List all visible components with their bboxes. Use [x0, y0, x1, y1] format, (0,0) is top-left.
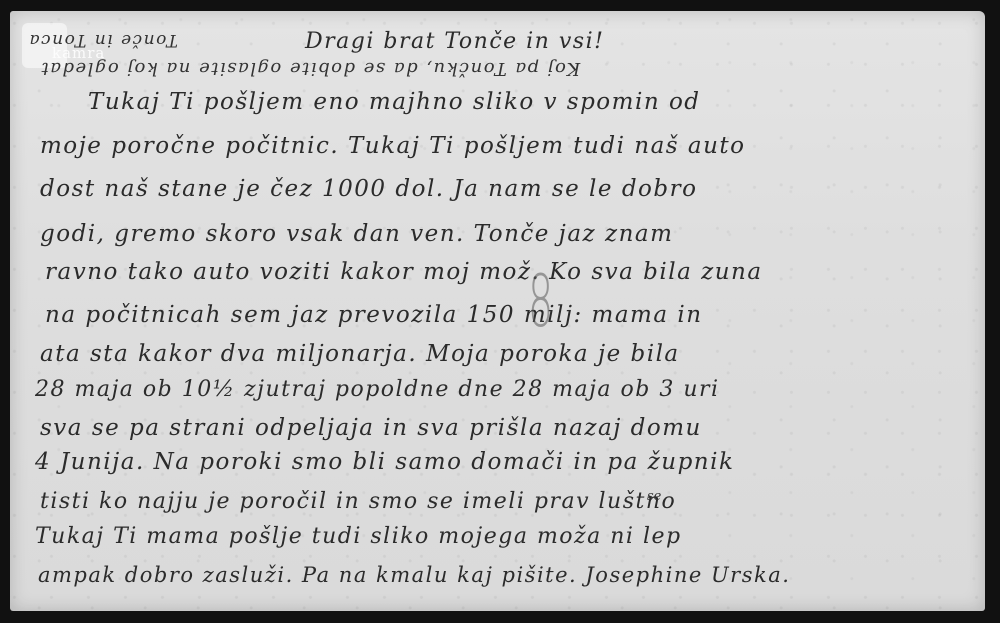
- body-line-2: moje poročne počitnic. Tukaj Ti pošljem …: [40, 135, 746, 158]
- body-line-3: dost naš stane je čez 1000 dol. Ja nam s…: [40, 178, 697, 201]
- body-line-9: sva se pa strani odpeljaja in sva prišla…: [40, 417, 702, 440]
- body-line-1: Tukaj Ti pošljem eno majhno sliko v spom…: [88, 91, 701, 114]
- postcard: kamra Tonče in Tonca Koj pa Tončku, da s…: [10, 11, 985, 611]
- body-line-6: na počitnicah sem jaz prevozila 150 milj…: [45, 304, 703, 327]
- body-line-11: tisti ko najju je poročil in smo se imel…: [40, 491, 676, 513]
- upside-down-line-1: Tonče in Tonca: [28, 31, 178, 48]
- body-line-4: godi, gremo skoro vsak dan ven. Tonče ja…: [40, 223, 673, 246]
- upside-down-line-2: Koj pa Tončku, da se dobite oglasite na …: [40, 59, 580, 77]
- body-line-10: 4 Junija. Na poroki smo bli samo domači …: [35, 451, 734, 474]
- body-line-13: ampak dobro zasluži. Pa na kmalu kaj piš…: [38, 565, 790, 586]
- body-line-5: ravno tako auto voziti kakor moj mož. Ko…: [45, 261, 763, 284]
- archive-number-mark: 8: [528, 259, 553, 343]
- body-line-8: 28 maja ob 10½ zjutraj popoldne dne 28 m…: [35, 379, 720, 401]
- body-line-7: ata sta kakor dva miljonarja. Moja porok…: [40, 343, 680, 366]
- scan-frame: kamra Tonče in Tonca Koj pa Tončku, da s…: [0, 0, 1000, 623]
- body-line-12: Tukaj Ti mama pošlje tudi sliko mojega m…: [35, 526, 682, 548]
- greeting: Dragi brat Tonče in vsi!: [305, 31, 604, 53]
- interlinear-insert: se: [647, 489, 661, 504]
